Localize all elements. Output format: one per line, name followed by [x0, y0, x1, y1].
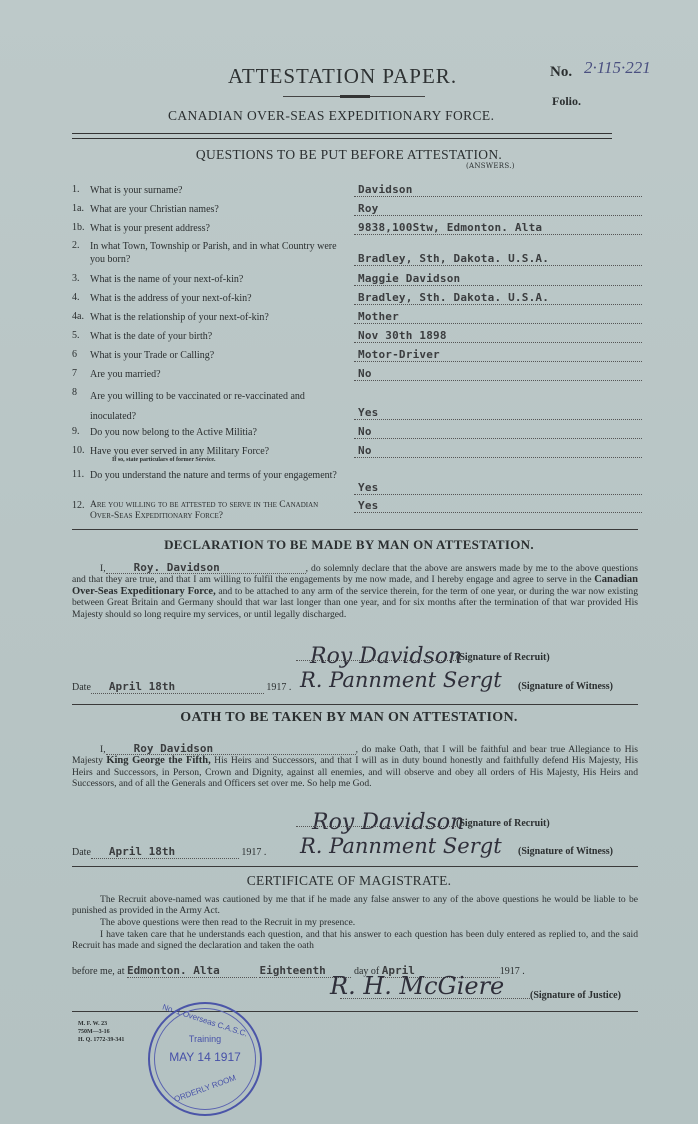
oath-date: DateApril 18th 1917 .: [72, 845, 266, 859]
answer-kin-relationship: Mother: [354, 311, 642, 324]
question-number: 5.: [72, 330, 80, 341]
question-text: Do you now belong to the Active Militia?: [90, 426, 338, 439]
answers-heading: (ANSWERS.): [466, 162, 515, 170]
question-text: What are your Christian names?: [90, 203, 338, 216]
attestation-paper: ATTESTATION PAPER. No. 2·115·221 Folio. …: [0, 0, 698, 1124]
question-text: What is your Trade or Calling?: [90, 349, 338, 362]
witness-signature-label: (Signature of Witness): [518, 681, 613, 692]
folio-label: Folio.: [552, 94, 581, 109]
date-label: Date: [72, 847, 91, 858]
oath-heading: OATH TO BE TAKEN BY MAN ON ATTESTATION.: [0, 710, 698, 726]
answer-kin-address: Bradley, Sth. Dakota. U.S.A.: [354, 292, 642, 305]
question-text: Are you willing to be attested to serve …: [90, 500, 338, 522]
question-text: What is the name of your next-of-kin?: [90, 273, 338, 286]
question-number: 1a.: [72, 203, 84, 214]
question-number: 11.: [72, 469, 84, 480]
date-label: Date: [72, 682, 91, 693]
certificate-para-1: The Recruit above-named was cautioned by…: [72, 894, 638, 917]
date-year: 1917: [266, 682, 286, 693]
oath-text: I,Roy Davidson, do make Oath, that I wil…: [72, 743, 638, 790]
answer-vaccinated: Yes: [354, 407, 642, 420]
question-text: What is the address of your next-of-kin?: [90, 292, 338, 305]
answer-trade: Motor-Driver: [354, 349, 642, 362]
form-codes: M. F. W. 23 750M—3-16 H. Q. 1772-39-341: [78, 1020, 124, 1044]
question-number: 8: [72, 387, 77, 398]
recruit-signature-label: (Signature of Recruit): [456, 818, 550, 829]
justice-signature: R. H. McGiere: [330, 972, 504, 1000]
certificate-para-3: I have taken care that he understands ea…: [72, 929, 638, 952]
certificate-heading: CERTIFICATE OF MAGISTRATE.: [0, 873, 698, 889]
declaration-text: I,Roy. Davidson, do solemnly declare tha…: [72, 562, 638, 620]
signature-line: [296, 826, 456, 827]
regimental-number: 2·115·221: [584, 58, 651, 78]
answer-married: No: [354, 368, 642, 381]
declaration-heading: DECLARATION TO BE MADE BY MAN ON ATTESTA…: [0, 537, 698, 553]
question-text: What is your surname?: [90, 184, 338, 197]
question-text: What is your present address?: [90, 222, 338, 235]
questions-heading: QUESTIONS TO BE PUT BEFORE ATTESTATION.: [0, 147, 698, 163]
oath-witness-signature: R. Pannment Sergt: [300, 834, 502, 858]
document-subtitle: CANADIAN OVER-SEAS EXPEDITIONARY FORCE.: [168, 108, 494, 124]
signature-line: [340, 998, 530, 999]
answer-next-of-kin: Maggie Davidson: [354, 273, 642, 286]
certificate-para-2: The above questions were then read to th…: [72, 917, 638, 928]
question-number: 10.: [72, 445, 85, 456]
form-code: H. Q. 1772-39-341: [78, 1036, 124, 1044]
form-code: M. F. W. 23: [78, 1020, 124, 1028]
question-text: What is the date of your birth?: [90, 330, 338, 343]
declaration-date-value: April 18th: [91, 680, 264, 694]
question-text: Do you understand the nature and terms o…: [90, 469, 338, 482]
oath-divider: [72, 866, 638, 867]
question-note: If so, state particulars of former Servi…: [112, 457, 216, 463]
question-number: 4a.: [72, 311, 84, 322]
answer-birthplace: Bradley, Sth, Dakota. U.S.A.: [354, 253, 642, 266]
question-number: 12.: [72, 500, 85, 511]
question-text: Are you willing to be vaccinated or re-v…: [90, 387, 338, 427]
declaration-divider: [72, 704, 638, 705]
declaration-date: DateApril 18th 1917 .: [72, 680, 291, 694]
answer-christian-names: Roy: [354, 203, 642, 216]
declaration-recruit-name: Roy. Davidson: [106, 562, 306, 574]
answer-birth-date: Nov 30th 1898: [354, 330, 642, 343]
signature-line: [296, 660, 456, 661]
stamp-middle-text: Training: [150, 1034, 260, 1044]
answer-surname: Davidson: [354, 184, 642, 197]
declaration-witness-signature: R. Pannment Sergt: [300, 668, 502, 692]
justice-signature-label: (Signature of Justice): [530, 990, 621, 1001]
question-number: 2.: [72, 240, 80, 251]
title-underline-center: [340, 95, 370, 98]
answer-willing-to-serve: Yes: [354, 500, 642, 513]
certificate-place: Edmonton. Alta: [127, 964, 257, 978]
question-number: 1b.: [72, 222, 85, 233]
answer-address: 9838,100Stw, Edmonton. Alta: [354, 222, 642, 235]
certificate-divider: [72, 1011, 638, 1012]
date-year: 1917: [241, 847, 261, 858]
before-me-label: before me, at: [72, 966, 124, 977]
question-number: 6: [72, 349, 77, 360]
document-title: ATTESTATION PAPER.: [228, 64, 457, 89]
answer-military-service: No: [354, 445, 642, 458]
oath-body-bold: King George the Fifth,: [106, 755, 210, 766]
questions-divider: [72, 529, 638, 530]
witness-signature-label: (Signature of Witness): [518, 846, 613, 857]
answer-active-militia: No: [354, 426, 642, 439]
form-code: 750M—3-16: [78, 1028, 124, 1036]
header-divider: [72, 133, 612, 139]
number-label: No.: [550, 64, 572, 81]
stamp-date: MAY 14 1917: [150, 1050, 260, 1064]
oath-date-value: April 18th: [91, 845, 239, 859]
question-text: What is the relationship of your next-of…: [90, 311, 338, 324]
answer-understand-terms: Yes: [354, 482, 642, 495]
question-text: In what Town, Township or Parish, and in…: [90, 240, 338, 266]
question-number: 9.: [72, 426, 80, 437]
oath-recruit-signature: Roy Davidson: [312, 810, 464, 835]
question-number: 1.: [72, 184, 80, 195]
orderly-room-stamp: No. 1 Overseas C.A.S.C. Training MAY 14 …: [148, 1002, 262, 1116]
question-number: 3.: [72, 273, 80, 284]
question-number: 4.: [72, 292, 80, 303]
question-text: Are you married?: [90, 368, 338, 381]
recruit-signature-label: (Signature of Recruit): [456, 652, 550, 663]
oath-recruit-name: Roy Davidson: [106, 743, 356, 755]
declaration-recruit-signature: Roy Davidson: [310, 644, 462, 669]
question-number: 7: [72, 368, 77, 379]
